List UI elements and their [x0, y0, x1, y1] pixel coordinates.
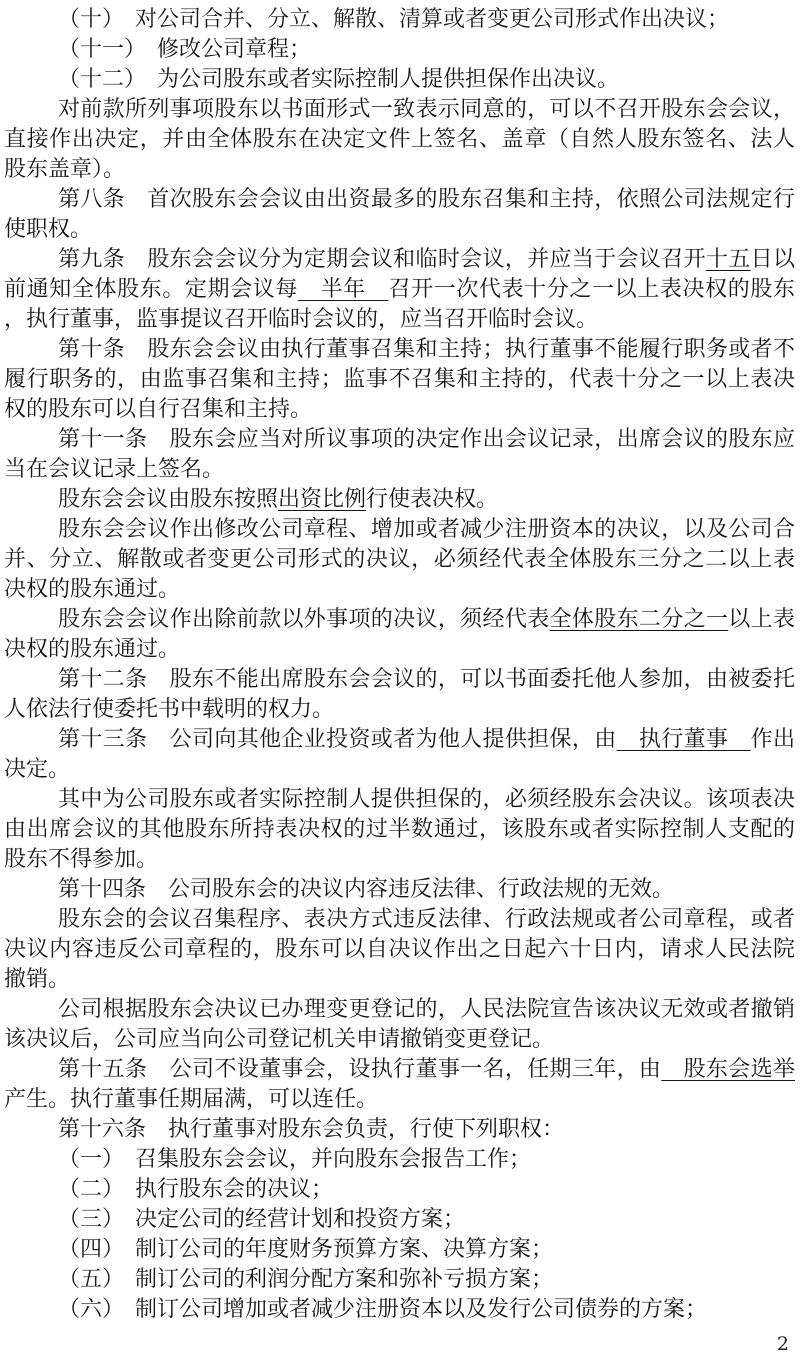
text-segment: 第八条 首次股东会会议由出资最多的股东召集和主持，依照公司法规定行使职权。 [4, 187, 795, 242]
paragraph: 公司根据股东会决议已办理变更登记的，人民法院宣告该决议无效或者撤销该决议后，公司… [4, 995, 795, 1055]
text-segment: 股东会会议作出修改公司章程、增加或者减少注册资本的决议，以及公司合并、分立、解散… [4, 517, 795, 602]
text-segment: （十二） 为公司股东或者实际控制人提供担保作出决议。 [58, 67, 619, 92]
text-segment: （六） 制订公司增加或者减少注册资本以及发行公司债券的方案； [58, 1297, 707, 1322]
underlined-segment: 十五 [706, 247, 751, 272]
text-segment: 第十三条 公司向其他企业投资或者为他人提供担保，由 [58, 727, 617, 752]
paragraph: （十一） 修改公司章程； [4, 35, 795, 65]
page-number: 2 [777, 1335, 789, 1354]
paragraph: 第十三条 公司向其他企业投资或者为他人提供担保，由 执行董事 作出决定。 [4, 725, 795, 785]
underlined-segment: 执行董事 [617, 727, 751, 752]
text-segment: 产生。执行董事任期届满，可以连任。 [4, 1087, 378, 1112]
paragraph: 股东会会议作出修改公司章程、增加或者减少注册资本的决议，以及公司合并、分立、解散… [4, 515, 795, 605]
document-text-block: （十） 对公司合并、分立、解散、清算或者变更公司形式作出决议；（十一） 修改公司… [4, 5, 795, 1325]
text-segment: （十） 对公司合并、分立、解散、清算或者变更公司形式作出决议； [58, 7, 729, 32]
paragraph: （六） 制订公司增加或者减少注册资本以及发行公司债券的方案； [4, 1295, 795, 1325]
text-segment: 股东会会议作出除前款以外事项的决议，须经代表 [58, 607, 550, 632]
text-segment: 股东会会议由股东按照 [58, 487, 278, 512]
paragraph: （十） 对公司合并、分立、解散、清算或者变更公司形式作出决议； [4, 5, 795, 35]
paragraph: 第十条 股东会会议由执行董事召集和主持；执行董事不能履行职务或者不履行职务的，由… [4, 335, 795, 425]
underlined-segment: 股东会选举 [661, 1057, 795, 1082]
paragraph: 第十五条 公司不设董事会，设执行董事一名，任期三年，由 股东会选举产生。执行董事… [4, 1055, 795, 1115]
text-segment: 对前款所列事项股东以书面形式一致表示同意的，可以不召开股东会会议，直接作出决定，… [4, 97, 795, 182]
paragraph: 第九条 股东会会议分为定期会议和临时会议，并应当于会议召开十五日以前通知全体股东… [4, 245, 795, 335]
paragraph: （十二） 为公司股东或者实际控制人提供担保作出决议。 [4, 65, 795, 95]
text-segment: 股东会的会议召集程序、表决方式违反法律、行政法规或者公司章程，或者决议内容违反公… [4, 907, 795, 992]
text-segment: 第十一条 股东会应当对所议事项的决定作出会议记录，出席会议的股东应当在会议记录上… [4, 427, 795, 482]
paragraph: 股东会的会议召集程序、表决方式违反法律、行政法规或者公司章程，或者决议内容违反公… [4, 905, 795, 995]
text-segment: 第十二条 股东不能出席股东会会议的，可以书面委托他人参加，由被委托人依法行使委托… [4, 667, 795, 722]
paragraph: （一） 召集股东会会议，并向股东会报告工作； [4, 1145, 795, 1175]
paragraph: 股东会会议由股东按照出资比例行使表决权。 [4, 485, 795, 515]
underlined-segment: 半年 [298, 277, 388, 302]
document-page: （十） 对公司合并、分立、解散、清算或者变更公司形式作出决议；（十一） 修改公司… [0, 0, 800, 1358]
text-segment: （三） 决定公司的经营计划和投资方案； [58, 1207, 465, 1232]
paragraph: 其中为公司股东或者实际控制人提供担保的，必须经股东会决议。该项表决由出席会议的其… [4, 785, 795, 875]
paragraph: 第八条 首次股东会会议由出资最多的股东召集和主持，依照公司法规定行使职权。 [4, 185, 795, 245]
text-segment: 第十四条 公司股东会的决议内容违反法律、行政法规的无效。 [58, 877, 674, 902]
text-segment: （四） 制订公司的年度财务预算方案、决算方案； [58, 1237, 553, 1262]
paragraph: 第十六条 执行董事对股东会负责，行使下列职权： [4, 1115, 795, 1145]
underlined-segment: 全体股东二分之一 [550, 607, 729, 632]
text-segment: 其中为公司股东或者实际控制人提供担保的，必须经股东会决议。该项表决由出席会议的其… [4, 787, 795, 872]
paragraph: 对前款所列事项股东以书面形式一致表示同意的，可以不召开股东会会议，直接作出决定，… [4, 95, 795, 185]
text-segment: 公司根据股东会决议已办理变更登记的，人民法院宣告该决议无效或者撤销该决议后，公司… [4, 997, 795, 1052]
text-segment: 第十六条 执行董事对股东会负责，行使下列职权： [58, 1117, 564, 1142]
paragraph: 第十一条 股东会应当对所议事项的决定作出会议记录，出席会议的股东应当在会议记录上… [4, 425, 795, 485]
text-segment: （二） 执行股东会的决议； [58, 1177, 333, 1202]
paragraph: （三） 决定公司的经营计划和投资方案； [4, 1205, 795, 1235]
text-segment: （十一） 修改公司章程； [58, 37, 311, 62]
paragraph: （五） 制订公司的利润分配方案和弥补亏损方案； [4, 1265, 795, 1295]
paragraph: 股东会会议作出除前款以外事项的决议，须经代表全体股东二分之一以上表决权的股东通过… [4, 605, 795, 665]
underlined-segment: 出资比例 [278, 487, 366, 512]
text-segment: 第十条 股东会会议由执行董事召集和主持；执行董事不能履行职务或者不履行职务的，由… [4, 337, 795, 422]
paragraph: （二） 执行股东会的决议； [4, 1175, 795, 1205]
paragraph: 第十四条 公司股东会的决议内容违反法律、行政法规的无效。 [4, 875, 795, 905]
text-segment: （五） 制订公司的利润分配方案和弥补亏损方案； [58, 1267, 553, 1292]
text-segment: 第九条 股东会会议分为定期会议和临时会议，并应当于会议召开 [58, 247, 706, 272]
paragraph: （四） 制订公司的年度财务预算方案、决算方案； [4, 1235, 795, 1265]
text-segment: 第十五条 公司不设董事会，设执行董事一名，任期三年，由 [58, 1057, 661, 1082]
text-segment: 行使表决权。 [366, 487, 498, 512]
text-segment: （一） 召集股东会会议，并向股东会报告工作； [58, 1147, 531, 1172]
paragraph: 第十二条 股东不能出席股东会会议的，可以书面委托他人参加，由被委托人依法行使委托… [4, 665, 795, 725]
